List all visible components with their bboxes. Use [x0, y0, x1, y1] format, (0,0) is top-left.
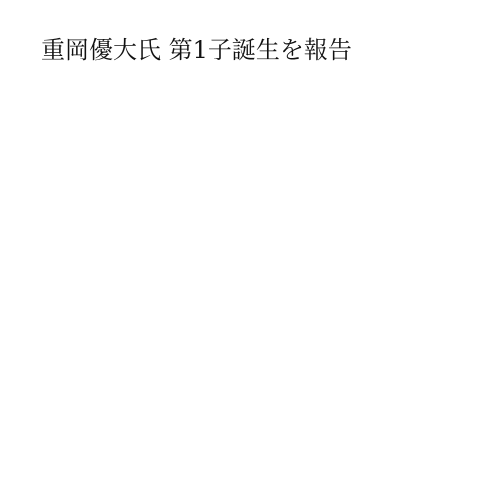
document-page: 重岡優大氏 第1子誕生を報告: [0, 0, 500, 500]
headline: 重岡優大氏 第1子誕生を報告: [41, 34, 352, 66]
